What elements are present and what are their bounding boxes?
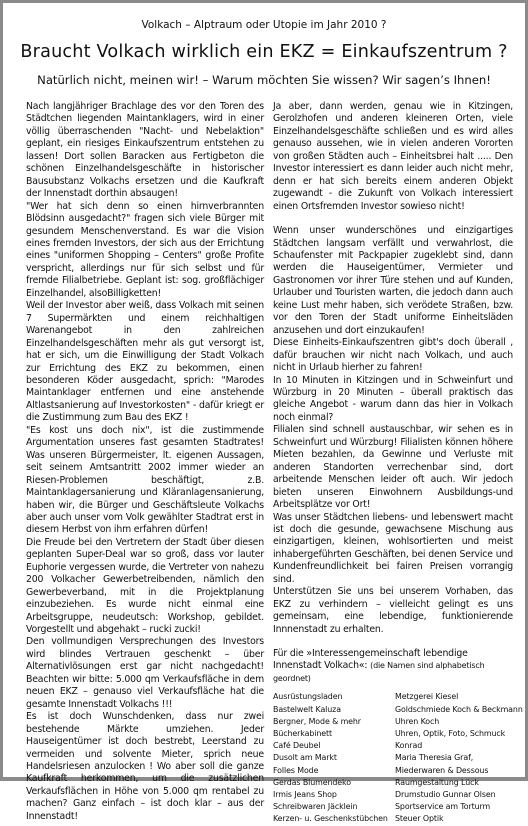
interest-group-intro: Für die »Interessengemeinschaft lebendig…	[273, 648, 513, 685]
member-list: Ausrüstungsladen Bastelwelt Kaluza Bergn…	[273, 691, 513, 781]
paragraph: "Es kost uns doch nix", ist die zustimme…	[26, 425, 264, 537]
kicker-line: Volkach – Alptraum oder Utopie im Jahr 2…	[3, 19, 525, 31]
list-item: Raumgestaltung Lück	[395, 777, 513, 781]
paragraph: Die Freude bei den Vertretern der Stadt …	[26, 537, 264, 637]
paragraph: Es ist doch Wunschdenken, dass nur zwei …	[26, 711, 264, 781]
subheadline: Natürlich nicht, meinen wir! – Warum möc…	[3, 73, 525, 87]
paragraph: Weil der Investor aber weiß, dass Volkac…	[26, 300, 264, 425]
right-column: Ja aber, dann werden, genau wie in Kitzi…	[273, 101, 513, 781]
page-title: Braucht Volkach wirklich ein EKZ = Einka…	[3, 42, 525, 62]
list-item: Uhren Koch	[395, 716, 513, 728]
list-item: Uhren, Optik, Foto, Schmuck Konrad	[395, 728, 513, 752]
list-item: Bastelwelt Kaluza	[273, 704, 391, 716]
paragraph: Unterstützen Sie uns bei unserem Vorhabe…	[273, 586, 513, 636]
paragraph: Filialen sind schnell austauschbar, wir …	[273, 424, 513, 511]
flyer-page: Volkach – Alptraum oder Utopie im Jahr 2…	[0, 0, 528, 781]
list-item: Bergner, Mode & mehr	[273, 716, 391, 728]
list-item: Gerdas Blumendeko	[273, 777, 391, 781]
paragraph: Was unser Städtchen liebens- und lebensw…	[273, 512, 513, 587]
paragraph: Diese Einheits-Einkaufszentren gibt's do…	[273, 337, 513, 374]
list-item: Ausrüstungsladen	[273, 691, 391, 703]
list-item: Folles Mode	[273, 765, 391, 777]
list-item: Goldschmiede Koch & Beckmann	[395, 704, 513, 716]
paragraph: In 10 Minuten in Kitzingen und in Schwei…	[273, 375, 513, 425]
paragraph: Wenn unser wunderschönes und einzigartig…	[273, 225, 513, 337]
list-item: Dusolt am Markt	[273, 752, 391, 764]
list-item: Bücherkabinett	[273, 728, 391, 740]
member-list-right: Metzgerei Kiesel Goldschmiede Koch & Bec…	[395, 691, 513, 781]
list-item: Metzgerei Kiesel	[395, 691, 513, 703]
list-item: Café Deubel	[273, 740, 391, 752]
paragraph: Nach langjähriger Brachlage des vor den …	[26, 101, 264, 201]
paragraph: Ja aber, dann werden, genau wie in Kitzi…	[273, 101, 513, 213]
list-item: Maria Theresia Graf, Miederwaren & Desso…	[395, 752, 513, 776]
left-column: Nach langjähriger Brachlage des vor den …	[26, 101, 264, 781]
paragraph: "Wer hat sich denn so einen hirnverbrann…	[26, 201, 264, 301]
member-list-left: Ausrüstungsladen Bastelwelt Kaluza Bergn…	[273, 691, 391, 781]
paragraph: Den vollmundigen Versprechungen des Inve…	[26, 636, 264, 711]
